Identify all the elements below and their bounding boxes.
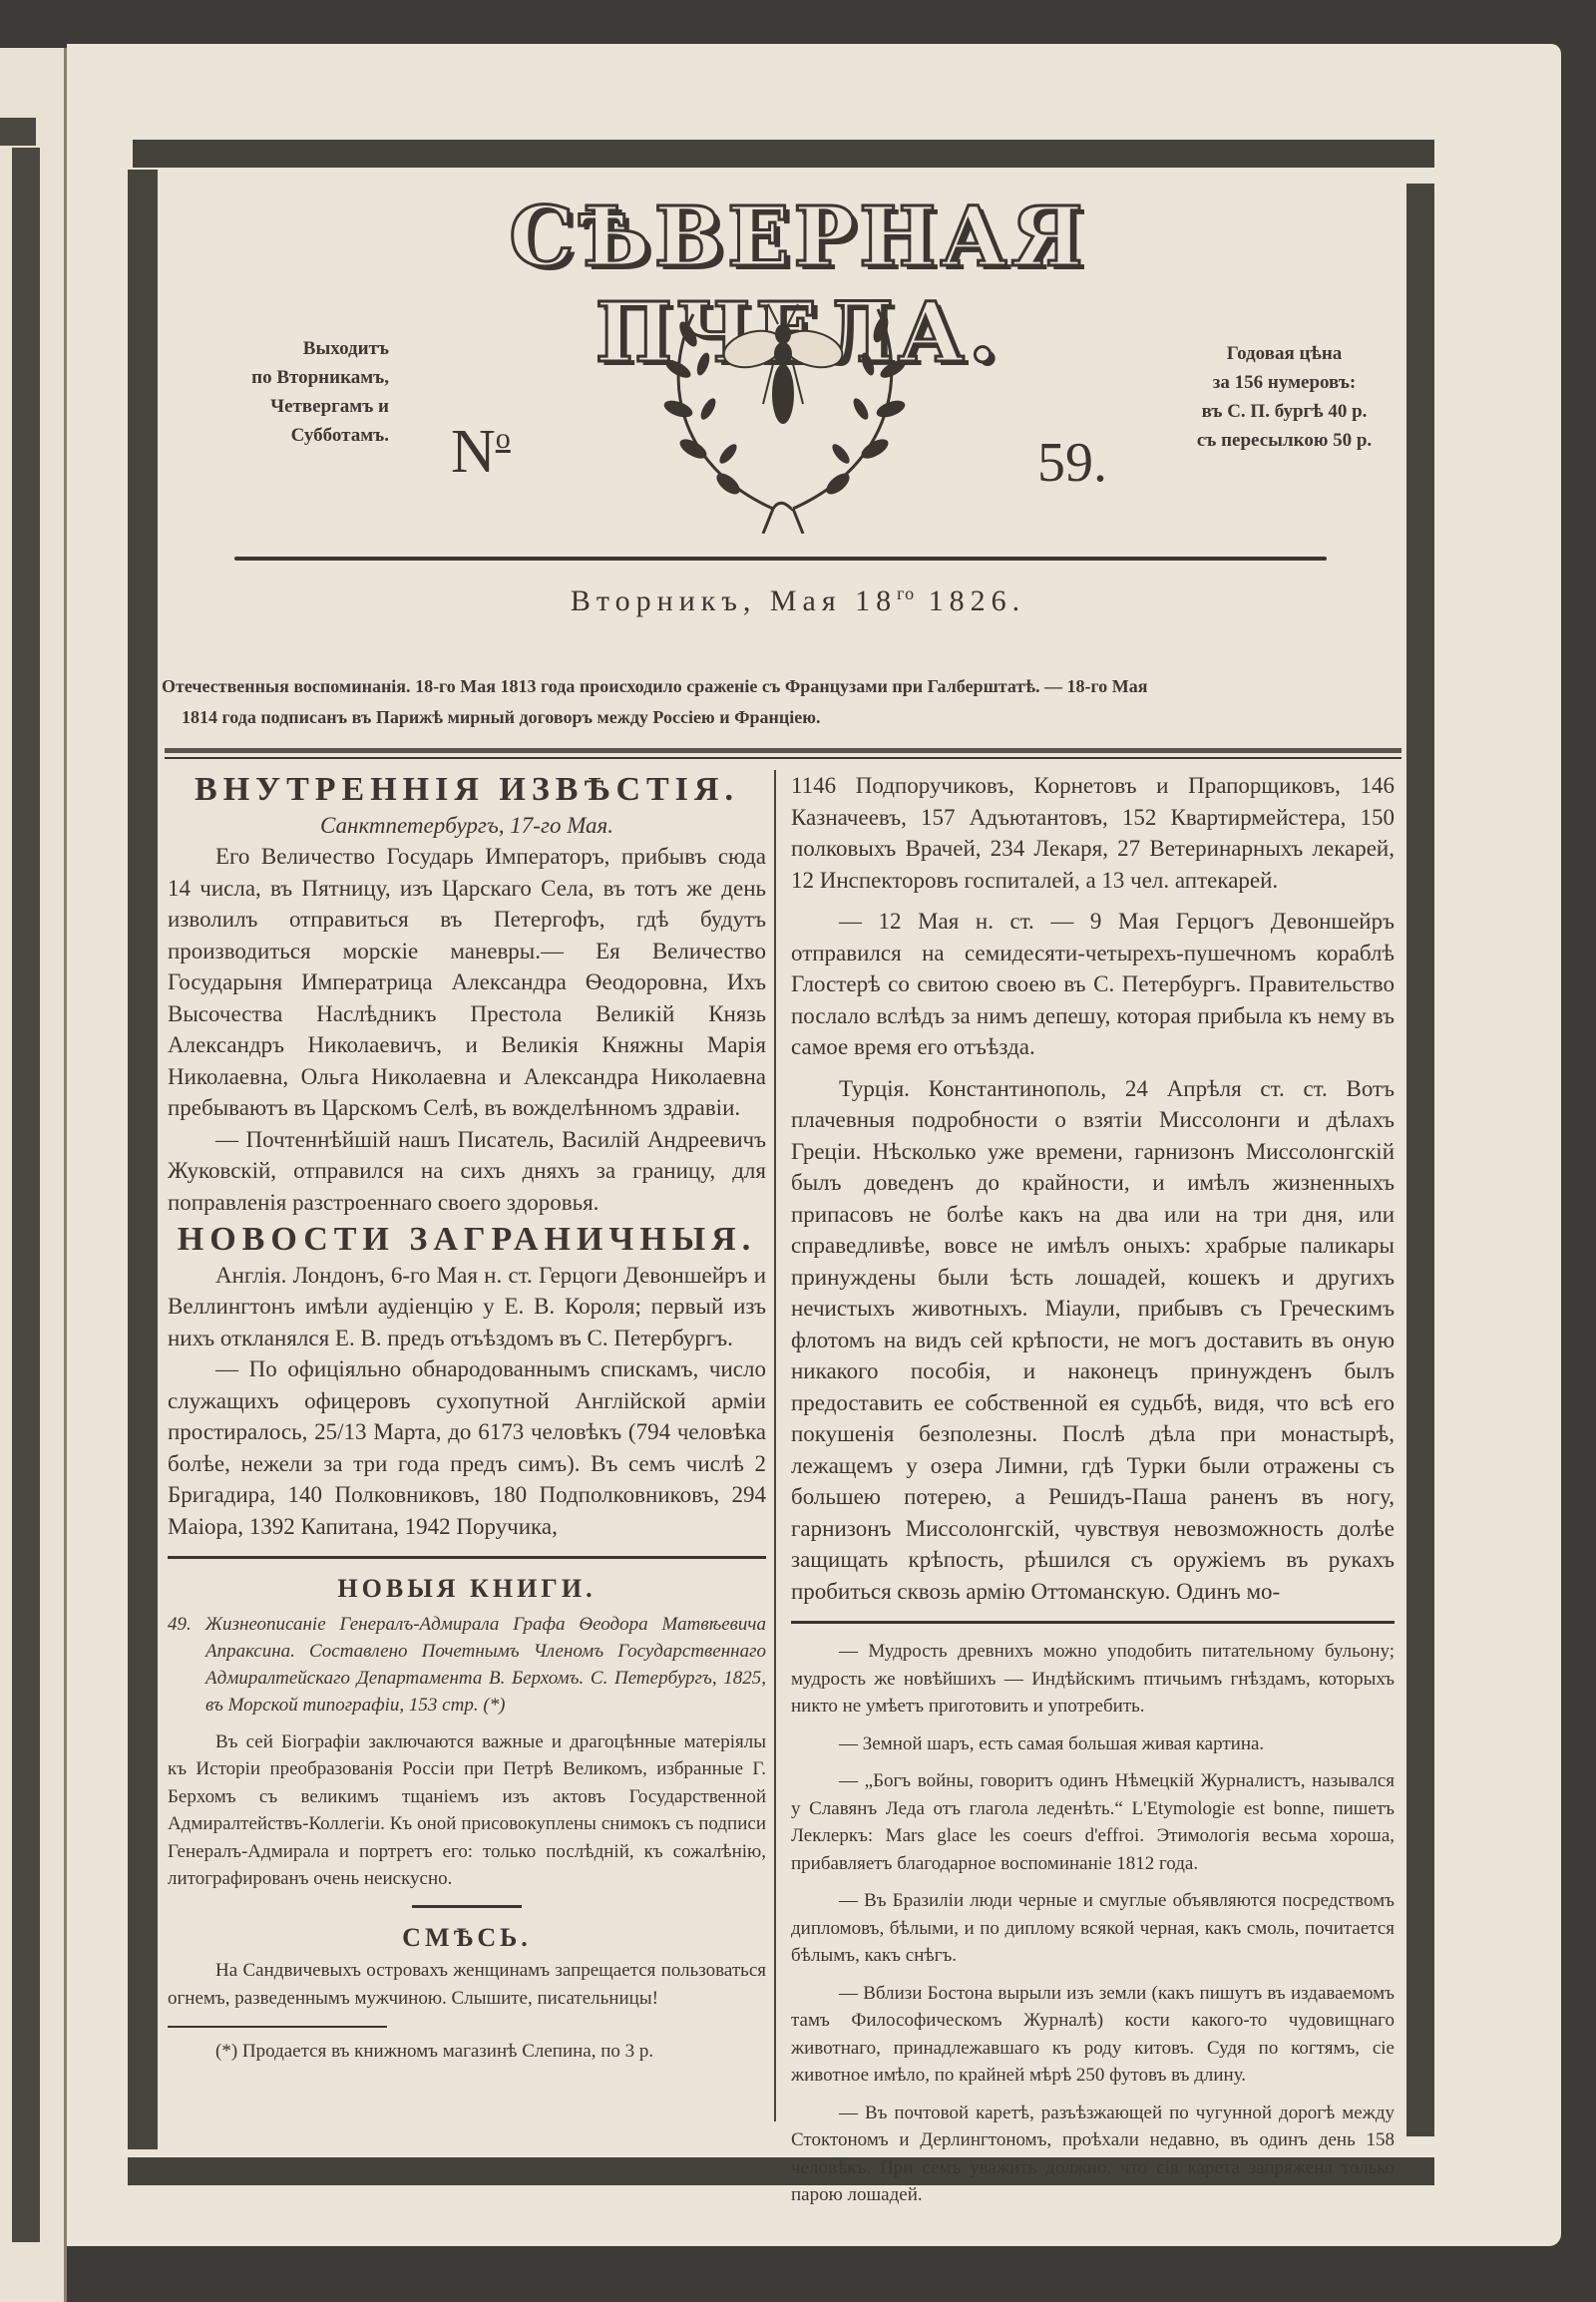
section-double-rule: [165, 748, 1401, 762]
price-line: съ пересылкою 50 р.: [1172, 426, 1396, 455]
article-paragraph: Англія. Лондонъ, 6-го Мая н. ст. Герцоги…: [168, 1260, 766, 1354]
right-column: 1146 Подпоручиковъ, Корнетовъ и Прапорщи…: [791, 770, 1395, 2209]
schedule-line: Субботамъ.: [165, 421, 389, 450]
book-review: Въ сей Біографіи заключаются важные и др…: [168, 1728, 766, 1893]
domestic-dateline: Санктпетербургъ, 17-го Мая.: [168, 810, 766, 842]
schedule-line: Выходитъ: [165, 334, 389, 363]
patriotic-memories: Отечественныя воспоминанія. 18-го Мая 18…: [162, 671, 1400, 733]
article-paragraph: — Почтеннѣйшій нашъ Писатель, Василій Ан…: [168, 1124, 766, 1219]
book-entry: 49. Жизнеописаніе Генералъ-Адмирала Граф…: [168, 1611, 766, 1719]
footnote-rule: [168, 2026, 387, 2028]
schedule-line: по Вторникамъ,: [165, 363, 389, 392]
number-sign-sup: o: [496, 422, 511, 455]
section-title-books: НОВЫЯ КНИГИ.: [168, 1573, 766, 1605]
footnote: (*) Продается въ книжномъ магазинѣ Слепи…: [168, 2038, 766, 2066]
masthead-rule: [234, 557, 1327, 561]
article-continuation: 1146 Подпоручиковъ, Корнетовъ и Прапорщи…: [791, 770, 1395, 896]
section-title-miscellany: СМѢСЬ.: [168, 1922, 766, 1954]
miscellany-item: — Земной шаръ, есть самая большая живая …: [791, 1730, 1395, 1758]
miscellany-text: На Сандвичевыхъ островахъ женщинамъ запр…: [168, 1957, 766, 2012]
short-rule: [412, 1905, 522, 1908]
bee-wreath-icon: [623, 294, 943, 534]
date-suffix: го: [897, 583, 915, 603]
section-rule: [168, 1556, 766, 1559]
number-sign-letter: N: [451, 418, 496, 486]
miscellany-item: — Въ Бразиліи люди черные и смуглые объя…: [791, 1887, 1395, 1970]
adjacent-page-frame-left: [12, 148, 40, 2242]
adjacent-page-edge: [0, 48, 66, 2302]
column-divider: [774, 770, 782, 2121]
frame-border-right: [1406, 184, 1434, 2136]
adjacent-page-frame-top: [0, 118, 36, 146]
memorial-label: Отечественныя воспоминанія.: [162, 676, 411, 696]
number-sign: No: [451, 417, 511, 488]
issue-number: 59.: [1037, 431, 1107, 495]
date-year: 1826.: [929, 584, 1026, 617]
section-title-domestic: ВНУТРЕННІЯ ИЗВѢСТІЯ.: [168, 774, 766, 806]
frame-border-left: [128, 170, 158, 2149]
miscellany-item: — „Богъ войны, говоритъ одинъ Нѣмецкій Ж…: [791, 1767, 1395, 1877]
frame-border-top: [133, 140, 1434, 168]
article-paragraph: Его Величество Государь Императоръ, приб…: [168, 841, 766, 1124]
publication-schedule: Выходитъ по Вторникамъ, Четвергамъ и Суб…: [165, 334, 389, 450]
subscription-price: Годовая цѣна за 156 нумеровъ: въ С. П. б…: [1172, 339, 1396, 455]
memorial-line: 1814 года подписанъ въ Парижѣ мирный дог…: [162, 702, 1400, 733]
article-paragraph: — 12 Мая н. ст. — 9 Мая Герцогъ Девоншей…: [791, 906, 1395, 1063]
schedule-line: Четвергамъ и: [165, 392, 389, 421]
price-line: въ С. П. бургѣ 40 р.: [1172, 397, 1396, 426]
miscellany-item: — Въ почтовой каретѣ, разъѣзжающей по чу…: [791, 2100, 1395, 2209]
issue-date: Вторникъ, Мая 18го 1826.: [299, 583, 1297, 618]
section-title-foreign: НОВОСТИ ЗАГРАНИЧНЫЯ.: [168, 1224, 766, 1256]
article-paragraph: — По офиціяльно обнародованнымъ спискамъ…: [168, 1353, 766, 1542]
memorial-line: 18-го Мая 1813 года происходило сраженіе…: [415, 676, 1147, 696]
left-column: ВНУТРЕННІЯ ИЗВѢСТІЯ. Санктпетербургъ, 17…: [168, 768, 766, 2066]
price-line: за 156 нумеровъ:: [1172, 368, 1396, 397]
miscellany-item: — Мудрость древнихъ можно уподобить пита…: [791, 1638, 1395, 1721]
date-text: Вторникъ, Мая 18: [571, 584, 897, 617]
article-paragraph-turkey: Турція. Константинополь, 24 Апрѣля ст. с…: [791, 1073, 1395, 1608]
price-line: Годовая цѣна: [1172, 339, 1396, 368]
miscellany-rule: [791, 1621, 1395, 1624]
miscellany-item: — Вблизи Бостона вырыли изъ земли (какъ …: [791, 1980, 1395, 2090]
